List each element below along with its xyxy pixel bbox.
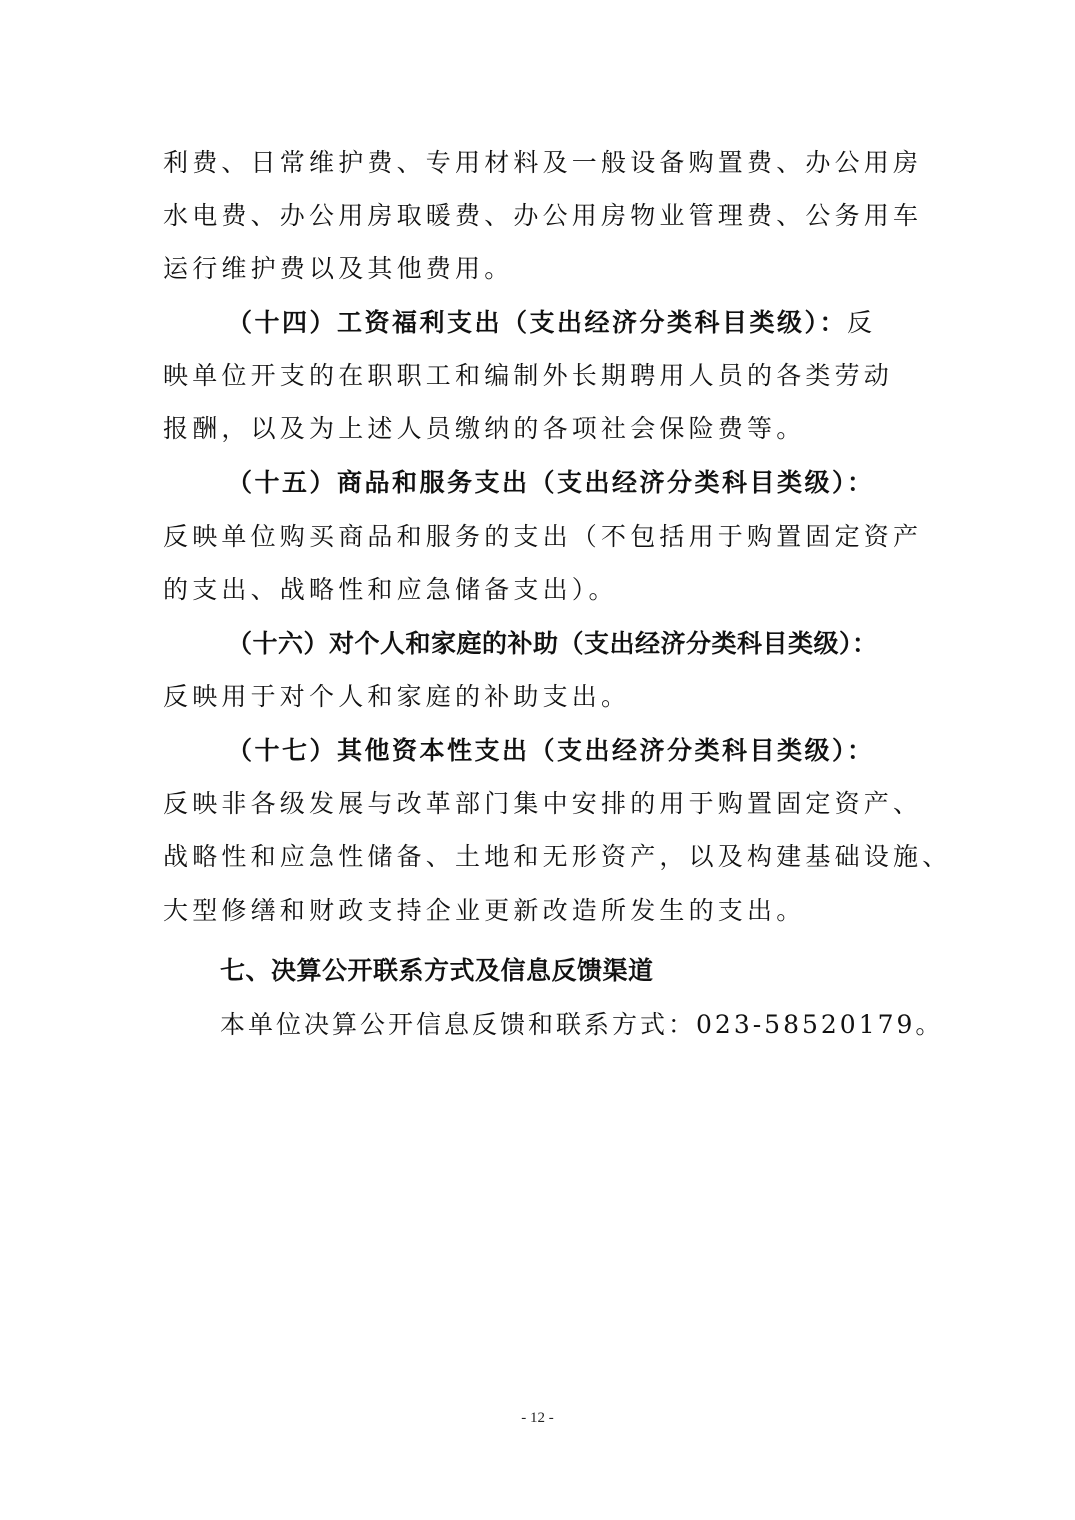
paragraph-line: 反映单位购买商品和服务的支出（不包括用于购置固定资产 bbox=[163, 517, 922, 557]
paragraph-line: 运行维护费以及其他费用。 bbox=[163, 249, 513, 289]
item-14-first-text: 反 bbox=[847, 308, 876, 337]
paragraph-line: 反映用于对个人和家庭的补助支出。 bbox=[163, 677, 630, 717]
document-page: 利费、日常维护费、专用材料及一般设备购置费、办公用房 水电费、办公用房取暖费、办… bbox=[0, 0, 1075, 1520]
item-17-title: （十七）其他资本性支出（支出经济分类科目类级）： bbox=[227, 731, 875, 771]
page-number: - 12 - bbox=[0, 1410, 1075, 1427]
paragraph-line: 战略性和应急性储备、土地和无形资产，以及构建基础设施、 bbox=[163, 837, 951, 877]
paragraph-line: 水电费、办公用房取暖费、办公用房物业管理费、公务用车 bbox=[163, 196, 922, 236]
item-14-title: （十四）工资福利支出（支出经济分类科目类级）： bbox=[227, 308, 847, 337]
paragraph-line: 报酬，以及为上述人员缴纳的各项社会保险费等。 bbox=[163, 409, 805, 449]
paragraph-line: 利费、日常维护费、专用材料及一般设备购置费、办公用房 bbox=[163, 143, 922, 183]
item-15-title: （十五）商品和服务支出（支出经济分类科目类级）： bbox=[227, 463, 875, 503]
section-7-heading: 七、决算公开联系方式及信息反馈渠道 bbox=[220, 951, 654, 991]
contact-info: 本单位决算公开信息反馈和联系方式：023-58520179。 bbox=[220, 1005, 943, 1045]
item-14-title-line: （十四）工资福利支出（支出经济分类科目类级）：反 bbox=[227, 303, 876, 343]
paragraph-line: 大型修缮和财政支持企业更新改造所发生的支出。 bbox=[163, 891, 805, 931]
paragraph-line: 映单位开支的在职职工和编制外长期聘用人员的各类劳动 bbox=[163, 356, 893, 396]
paragraph-line: 反映非各级发展与改革部门集中安排的用于购置固定资产、 bbox=[163, 784, 922, 824]
paragraph-line: 的支出、战略性和应急储备支出）。 bbox=[163, 570, 618, 610]
item-16-title: （十六）对个人和家庭的补助（支出经济分类科目类级）： bbox=[227, 624, 878, 664]
